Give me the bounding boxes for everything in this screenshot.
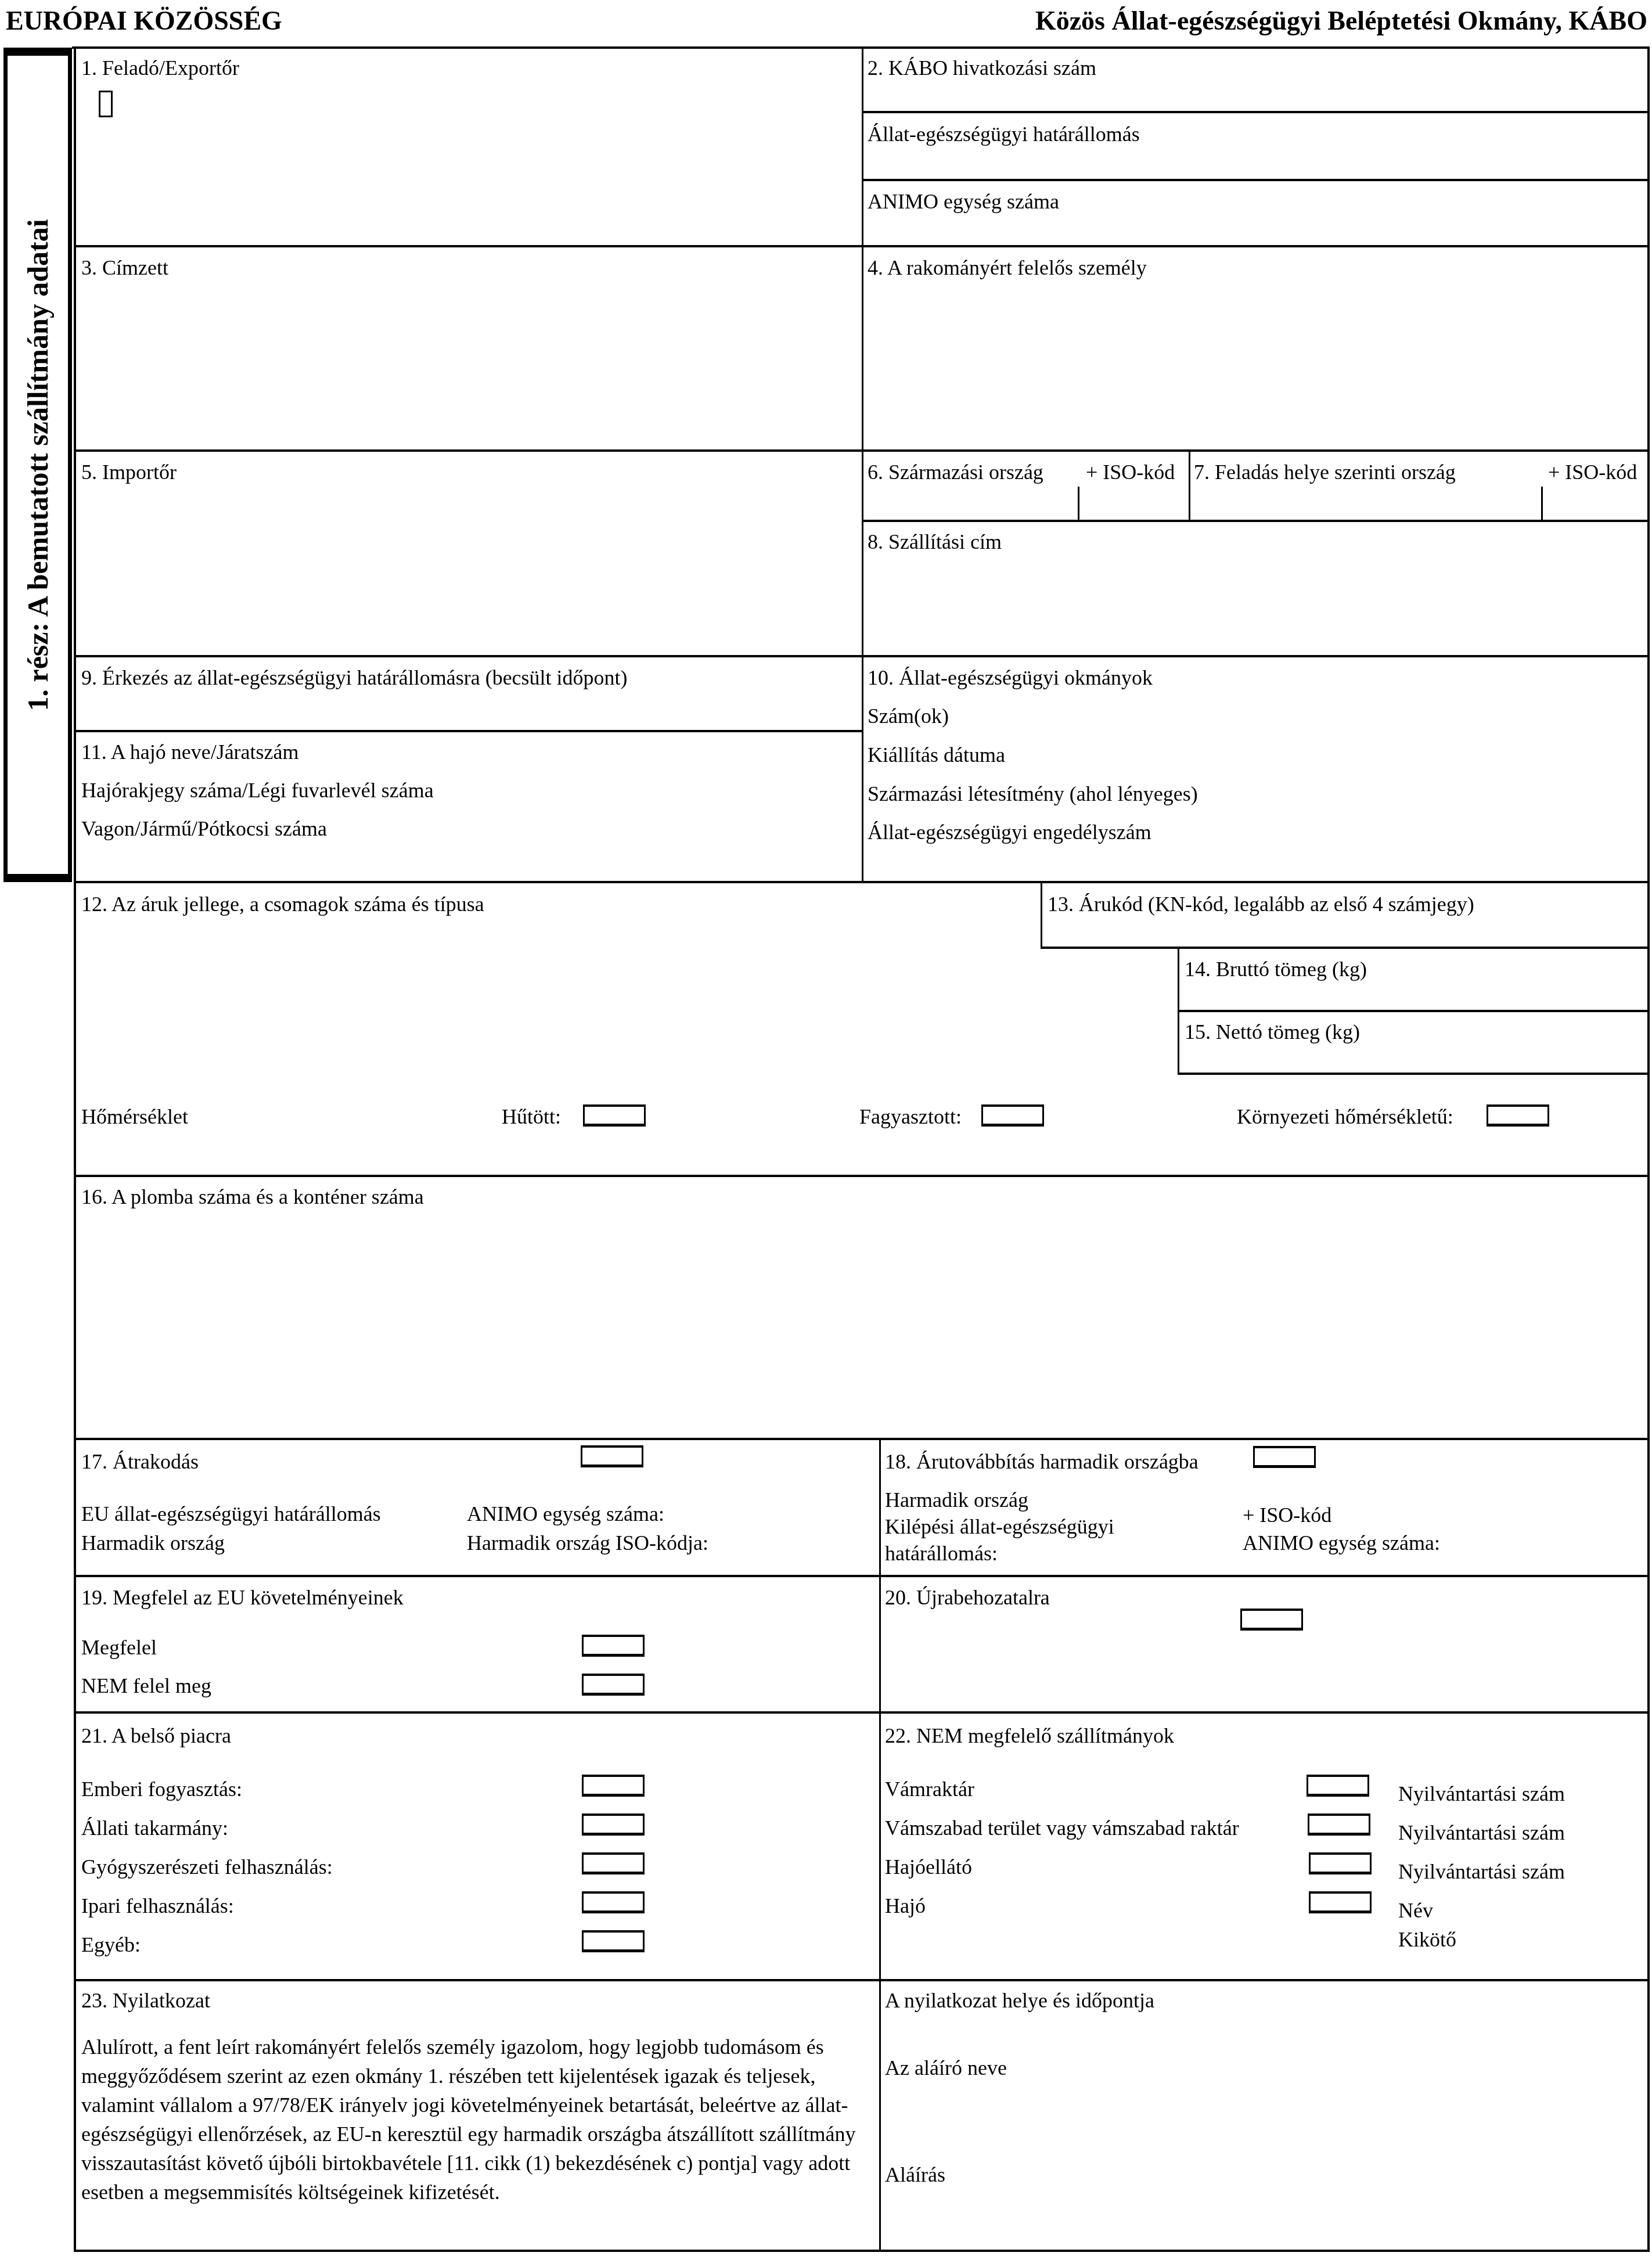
divider bbox=[1178, 1073, 1649, 1075]
community-title: EURÓPAI KÖZÖSSÉG bbox=[6, 3, 282, 38]
field-9-label: 9. Érkezés az állat-egészségügyi határál… bbox=[81, 665, 628, 690]
transit-checkbox[interactable] bbox=[1253, 1446, 1316, 1468]
field-11-bill-label: Hajórakjegy száma/Légi fuvarlevél száma bbox=[81, 778, 434, 803]
non-conforming-option: Hajó bbox=[885, 1894, 926, 1918]
field-17-animo: ANIMO egység száma: bbox=[467, 1502, 664, 1526]
ship-supplier-checkbox[interactable] bbox=[1309, 1852, 1372, 1874]
field-7-iso-label: + ISO-kód bbox=[1548, 460, 1637, 484]
field-16-label: 16. A plomba száma és a konténer száma bbox=[81, 1185, 424, 1209]
field-4-label: 4. A rakományért felelős személy bbox=[868, 256, 1147, 280]
field-10-issue-date: Kiállítás dátuma bbox=[868, 743, 1005, 767]
field-17-label: 17. Átrakodás bbox=[81, 1449, 199, 1474]
divider bbox=[74, 1711, 1649, 1714]
registration-number-label: Nyilvántartási szám bbox=[1398, 1782, 1565, 1806]
declaration-text: Alulírott, a fent leírt rakományért fele… bbox=[81, 2032, 859, 2207]
transhipment-checkbox[interactable] bbox=[581, 1445, 643, 1467]
divider bbox=[1541, 487, 1543, 521]
human-consumption-checkbox[interactable] bbox=[582, 1775, 645, 1797]
field-7-label: 7. Feladás helye szerinti ország bbox=[1194, 460, 1456, 484]
feedingstuff-checkbox[interactable] bbox=[582, 1814, 645, 1836]
divider bbox=[862, 179, 1649, 181]
field-8-label: 8. Szállítási cím bbox=[868, 530, 1002, 554]
not-conforms-label: NEM felel meg bbox=[81, 1674, 211, 1698]
ambient-label: Környezeti hőmérsékletű: bbox=[1237, 1104, 1453, 1129]
field-18-label: 18. Árutovábbítás harmadik országba bbox=[885, 1449, 1198, 1474]
part1-side-label: 1. rész: A bemutatott szállítmány adatai bbox=[3, 48, 72, 882]
internal-market-option: Ipari felhasználás: bbox=[81, 1894, 234, 1918]
field-1-label: 1. Feladó/Exportőr bbox=[81, 56, 239, 80]
field-17-third-country: Harmadik ország bbox=[81, 1531, 225, 1555]
field-15-label: 15. Nettó tömeg (kg) bbox=[1185, 1020, 1360, 1044]
field-10-numbers: Szám(ok) bbox=[868, 704, 949, 728]
frame-left bbox=[74, 46, 76, 2252]
registration-number-label: Nyilvántartási szám bbox=[1398, 1859, 1565, 1884]
field-14-label: 14. Bruttó tömeg (kg) bbox=[1185, 957, 1367, 981]
field-18-exit-bip-2: határállomás: bbox=[885, 1541, 998, 1566]
pharmaceutical-checkbox[interactable] bbox=[582, 1852, 645, 1874]
divider bbox=[1078, 487, 1079, 521]
field-5-label: 5. Importőr bbox=[81, 460, 177, 484]
field-1-checkbox[interactable] bbox=[99, 91, 113, 117]
document-title: Közös Állat-egészségügyi Beléptetési Okm… bbox=[1035, 3, 1647, 38]
divider bbox=[74, 245, 1649, 247]
temperature-label: Hőmérséklet bbox=[81, 1104, 188, 1129]
ship-checkbox[interactable] bbox=[1309, 1891, 1372, 1913]
conforms-label: Megfelel bbox=[81, 1635, 157, 1660]
field-23-label: 23. Nyilatkozat bbox=[81, 1988, 210, 2013]
divider bbox=[1041, 882, 1042, 947]
signature-label: Aláírás bbox=[885, 2163, 945, 2187]
port-label: Kikötő bbox=[1398, 1927, 1456, 1952]
divider bbox=[1041, 947, 1649, 949]
frame-bottom bbox=[74, 2250, 1650, 2252]
divider-col-main bbox=[862, 46, 863, 882]
ship-name-label: Név bbox=[1398, 1898, 1433, 1923]
other-use-checkbox[interactable] bbox=[582, 1930, 645, 1952]
field-18-third-country: Harmadik ország bbox=[885, 1488, 1028, 1512]
side-label-text: 1. rész: A bemutatott szállítmány adatai bbox=[21, 219, 55, 711]
divider bbox=[74, 1575, 1649, 1577]
field-21-label: 21. A belső piacra bbox=[81, 1724, 231, 1748]
divider-col-lower bbox=[879, 1439, 881, 2251]
divider bbox=[862, 520, 1649, 522]
divider bbox=[1189, 451, 1190, 521]
field-10-label: 10. Állat-egészségügyi okmányok bbox=[868, 665, 1153, 690]
field-3-label: 3. Címzett bbox=[81, 256, 168, 280]
signer-name-label: Az aláíró neve bbox=[885, 2056, 1007, 2080]
field-6-label: 6. Származási ország bbox=[868, 460, 1043, 484]
divider bbox=[74, 730, 862, 732]
divider bbox=[74, 881, 1649, 883]
field-20-label: 20. Újrabehozatalra bbox=[885, 1585, 1050, 1610]
reentry-checkbox[interactable] bbox=[1240, 1609, 1303, 1631]
field-18-animo: ANIMO egység száma: bbox=[1243, 1531, 1440, 1555]
not-conforms-checkbox[interactable] bbox=[582, 1674, 645, 1696]
field-19-label: 19. Megfelel az EU követelményeinek bbox=[81, 1585, 404, 1610]
field-17-eu-bip: EU állat-egészségügyi határállomás bbox=[81, 1502, 381, 1526]
internal-market-option: Egyéb: bbox=[81, 1933, 141, 1957]
conforms-checkbox[interactable] bbox=[582, 1635, 645, 1657]
frame-top bbox=[72, 46, 1649, 49]
field-12-label: 12. Az áruk jellege, a csomagok száma és… bbox=[81, 892, 484, 916]
divider bbox=[74, 1438, 1649, 1440]
internal-market-option: Állati takarmány: bbox=[81, 1816, 228, 1840]
field-13-label: 13. Árukód (KN-kód, legalább az első 4 s… bbox=[1048, 892, 1474, 916]
field-18-exit-bip: Kilépési állat-egészségügyi bbox=[885, 1514, 1114, 1539]
field-6-iso-label: + ISO-kód bbox=[1086, 460, 1175, 484]
divider bbox=[1178, 1010, 1649, 1012]
non-conforming-option: Hajóellátó bbox=[885, 1855, 972, 1879]
divider bbox=[74, 1979, 1649, 1981]
internal-market-option: Emberi fogyasztás: bbox=[81, 1777, 242, 1801]
field-11-label: 11. A hajó neve/Járatszám bbox=[81, 740, 299, 764]
chilled-checkbox[interactable] bbox=[583, 1104, 646, 1127]
field-2-border-post-label: Állat-egészségügyi határállomás bbox=[868, 122, 1140, 146]
ambient-checkbox[interactable] bbox=[1487, 1104, 1549, 1127]
customs-warehouse-checkbox[interactable] bbox=[1307, 1775, 1369, 1797]
chilled-label: Hűtött: bbox=[502, 1104, 561, 1129]
divider bbox=[74, 655, 1649, 657]
frozen-label: Fagyasztott: bbox=[859, 1104, 962, 1129]
divider bbox=[74, 449, 1649, 452]
field-2-animo-label: ANIMO egység száma bbox=[868, 189, 1059, 214]
field-11-vehicle-label: Vagon/Jármű/Pótkocsi száma bbox=[81, 816, 327, 841]
field-17-iso: Harmadik ország ISO-kódja: bbox=[467, 1531, 708, 1555]
free-zone-checkbox[interactable] bbox=[1308, 1814, 1370, 1836]
non-conforming-option: Vámraktár bbox=[885, 1777, 974, 1801]
field-2-label: 2. KÁBO hivatkozási szám bbox=[868, 56, 1096, 80]
frame-right bbox=[1647, 46, 1650, 2252]
internal-market-option: Gyógyszerészeti felhasználás: bbox=[81, 1855, 333, 1879]
field-10-origin-est: Származási létesítmény (ahol lényeges) bbox=[868, 782, 1198, 806]
field-22-label: 22. NEM megfelelő szállítmányok bbox=[885, 1724, 1174, 1748]
divider bbox=[74, 1175, 1649, 1177]
field-18-iso: + ISO-kód bbox=[1243, 1503, 1331, 1527]
frozen-checkbox[interactable] bbox=[981, 1104, 1044, 1127]
non-conforming-option: Vámszabad terület vagy vámszabad raktár bbox=[885, 1816, 1239, 1840]
divider bbox=[862, 111, 1649, 113]
field-10-approval-no: Állat-egészségügyi engedélyszám bbox=[868, 820, 1151, 844]
technical-use-checkbox[interactable] bbox=[582, 1891, 645, 1913]
registration-number-label: Nyilvántartási szám bbox=[1398, 1820, 1565, 1845]
declaration-place-date-label: A nyilatkozat helye és időpontja bbox=[885, 1988, 1154, 2013]
